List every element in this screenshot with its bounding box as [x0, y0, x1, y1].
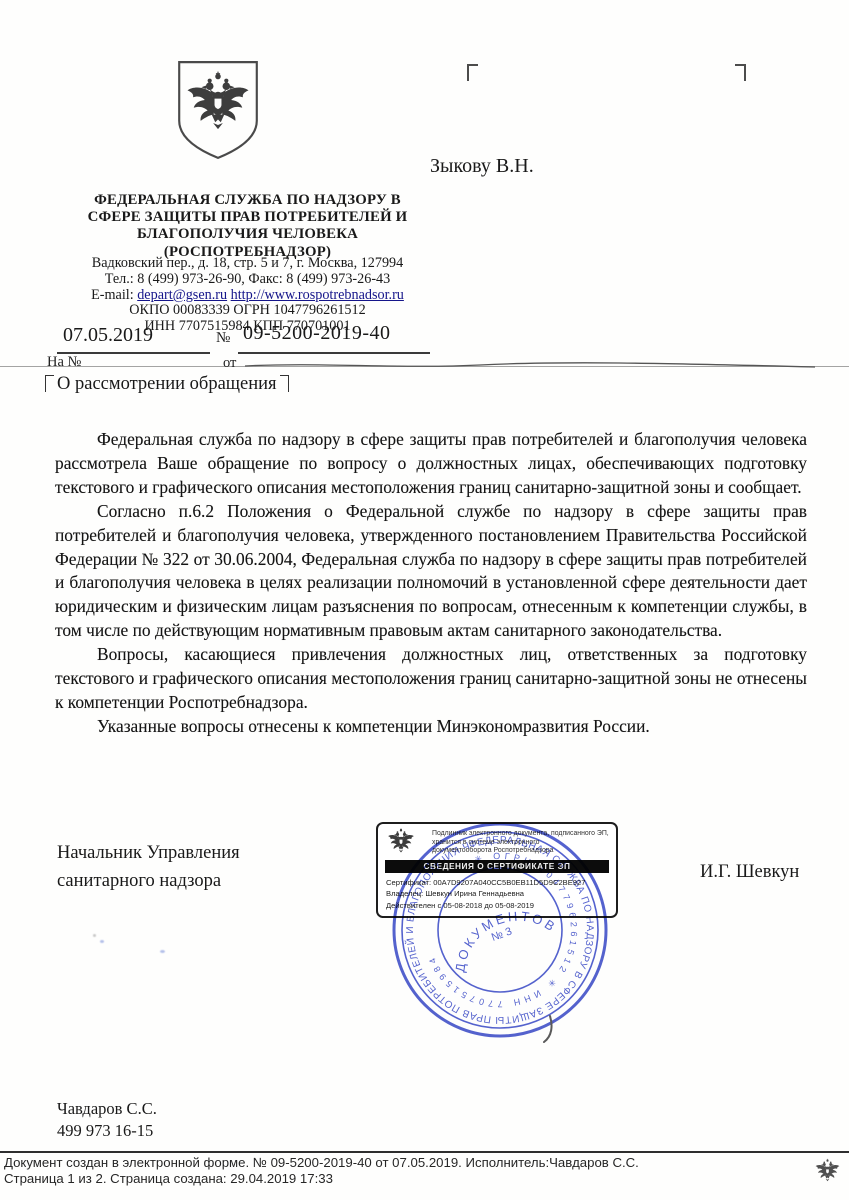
paragraph: Указанные вопросы отнесены к компетенции… [55, 715, 807, 739]
website-link: http://www.rospotrebnadsor.ru [231, 287, 404, 303]
letter-number: 09-5200-2019-40 [243, 322, 390, 345]
subject-text: О рассмотрении обращения [57, 374, 277, 394]
org-address: Вадковский пер., д. 18, стр. 5 и 7, г. М… [40, 256, 455, 272]
signer-name: И.Г. Шевкун [700, 862, 799, 883]
subject-bracket-left [45, 375, 54, 392]
reply-line-squiggle [240, 360, 820, 372]
paragraph: Вопросы, касающиеся привлечения должност… [55, 643, 807, 715]
email-label: E-mail: [91, 287, 137, 303]
addressee: Зыкову В.Н. [430, 155, 534, 178]
org-name-line: ФЕДЕРАЛЬНАЯ СЛУЖБА ПО НАДЗОРУ В [40, 192, 455, 209]
footer-line2: Страница 1 из 2. Страница создана: 29.04… [4, 1171, 764, 1187]
footer-line1: Документ создан в электронной форме. № 0… [4, 1155, 764, 1171]
footer-emblem-icon [814, 1155, 841, 1188]
number-sign: № [216, 330, 230, 347]
email-link: depart@gsen.ru [137, 287, 227, 303]
letter-date: 07.05.2019 [63, 324, 153, 347]
round-seal-stamp: ФЕДЕРАЛЬНАЯ СЛУЖБА ПО НАДЗОРУ В СФЕРЕ ЗА… [386, 816, 614, 1044]
paragraph: Согласно п.6.2 Положения о Федеральной с… [55, 500, 807, 643]
org-okpo-ogrn: ОКПО 00083339 ОГРН 1047796261512 [40, 303, 455, 319]
paragraph: Федеральная служба по надзору в сфере за… [55, 428, 807, 500]
letter-body: Федеральная служба по надзору в сфере за… [55, 428, 807, 739]
signer-position-line: Начальник Управления [57, 840, 240, 868]
scan-speck [160, 950, 165, 953]
number-underline [238, 352, 430, 354]
footer-divider [0, 1151, 849, 1153]
reply-to-label: На № [47, 354, 81, 371]
address-corner-right [735, 64, 746, 81]
org-name: ФЕДЕРАЛЬНАЯ СЛУЖБА ПО НАДЗОРУ В СФЕРЕ ЗА… [40, 192, 455, 261]
executor-phone: 499 973 16-15 [57, 1120, 157, 1142]
page-footer: Документ создан в электронной форме. № 0… [4, 1155, 764, 1187]
reply-from-label: от [223, 355, 236, 372]
signer-position-line: санитарного надзора [57, 868, 240, 896]
org-name-line: БЛАГОПОЛУЧИЯ ЧЕЛОВЕКА [40, 226, 455, 243]
executor-block: Чавдаров С.С. 499 973 16-15 [57, 1098, 157, 1142]
scanned-letter-page: ФЕДЕРАЛЬНАЯ СЛУЖБА ПО НАДЗОРУ В СФЕРЕ ЗА… [0, 0, 849, 1200]
scan-speck [93, 934, 96, 937]
address-corner-left [467, 64, 478, 81]
subject-bracket-right [280, 375, 289, 392]
org-phone-fax: Тел.: 8 (499) 973-26-90, Факс: 8 (499) 9… [40, 272, 455, 288]
executor-name: Чавдаров С.С. [57, 1098, 157, 1120]
org-name-line: СФЕРЕ ЗАЩИТЫ ПРАВ ПОТРЕБИТЕЛЕЙ И [40, 209, 455, 226]
scan-speck [100, 940, 104, 943]
subject-line: О рассмотрении обращения [45, 374, 289, 395]
org-email-web: E-mail: depart@gsen.ru http://www.rospot… [40, 288, 455, 304]
signer-position: Начальник Управления санитарного надзора [57, 840, 240, 895]
coat-of-arms-icon [172, 58, 264, 162]
ink-mark [536, 1012, 558, 1048]
